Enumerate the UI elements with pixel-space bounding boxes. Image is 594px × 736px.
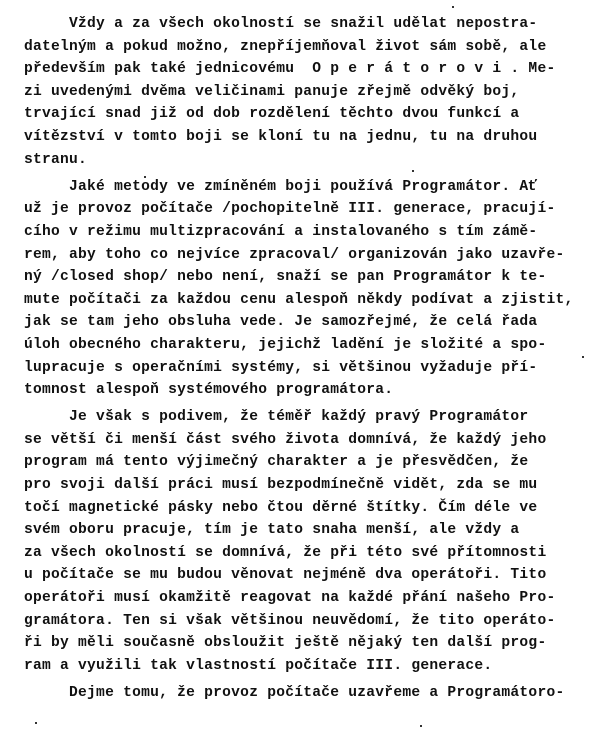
text-line: Dejme tomu, že provoz počítače uzavřeme …	[24, 684, 564, 702]
text-line: úloh obecného charakteru, jejichž ladění…	[24, 336, 546, 354]
text-line: točí magnetické pásky nebo čtou děrné št…	[24, 499, 537, 517]
text-line: Jaké metody ve zmíněném boji používá Pro…	[24, 178, 537, 196]
text-line: lupracuje s operačními systémy, si větši…	[24, 359, 537, 377]
text-line: už je provoz počítače /pochopitelně III.…	[24, 200, 555, 218]
scan-speck	[144, 176, 146, 178]
text-line: se větší či menší část svého života domn…	[24, 431, 546, 449]
text-line: trvající snad již od dob rozdělení těcht…	[24, 105, 519, 123]
text-line: Vždy a za všech okolností se snažil uděl…	[24, 15, 537, 33]
text-line: ný /closed shop/ nebo není, snaží se pan…	[24, 268, 546, 286]
scan-speck	[35, 722, 37, 724]
text-line: ram a využili tak vlastností počítače II…	[24, 657, 492, 675]
text-line: především pak také jednicovému O p e r á…	[24, 60, 555, 78]
typewritten-page: Vždy a za všech okolností se snažil uděl…	[0, 0, 594, 736]
text-line: Je však s podivem, že téměř každý pravý …	[24, 408, 528, 426]
text-line: gramátora. Ten si však většinou neuvědom…	[24, 612, 555, 630]
text-line: mute počítači za každou cenu alespoň něk…	[24, 291, 573, 309]
text-line: datelným a pokud možno, znepříjemňoval ž…	[24, 38, 546, 56]
text-line: operátoři musí okamžitě reagovat na každ…	[24, 589, 555, 607]
scan-speck	[452, 6, 454, 8]
text-line: u počítače se mu budou věnovat nejméně d…	[24, 566, 546, 584]
text-line: vítězství v tomto boji se kloní tu na je…	[24, 128, 537, 146]
text-line: ři by měli současně obsloužit ještě něja…	[24, 634, 546, 652]
text-line: svém oboru pracuje, tím je tato snaha me…	[24, 521, 519, 539]
text-line: za všech okolností se domnívá, že při té…	[24, 544, 546, 562]
text-line: tomnost alespoň systémového programátora…	[24, 381, 393, 399]
scan-speck	[420, 725, 422, 727]
scan-speck	[412, 170, 414, 172]
scan-speck	[582, 356, 584, 358]
text-line: rem, aby toho co nejvíce zpracoval/ orga…	[24, 246, 564, 264]
text-line: stranu.	[24, 151, 87, 169]
scan-speck	[127, 86, 129, 88]
text-line: zi uvedenými dvěma veličinami panuje zře…	[24, 83, 519, 101]
text-line: pro svoji další práci musí bezpodmínečně…	[24, 476, 537, 494]
text-line: cího v režimu multizpracování a instalov…	[24, 223, 537, 241]
text-line: program má tento výjimečný charakter a j…	[24, 453, 528, 471]
text-line: jak se tam jeho obsluha vede. Je samozře…	[24, 313, 537, 331]
